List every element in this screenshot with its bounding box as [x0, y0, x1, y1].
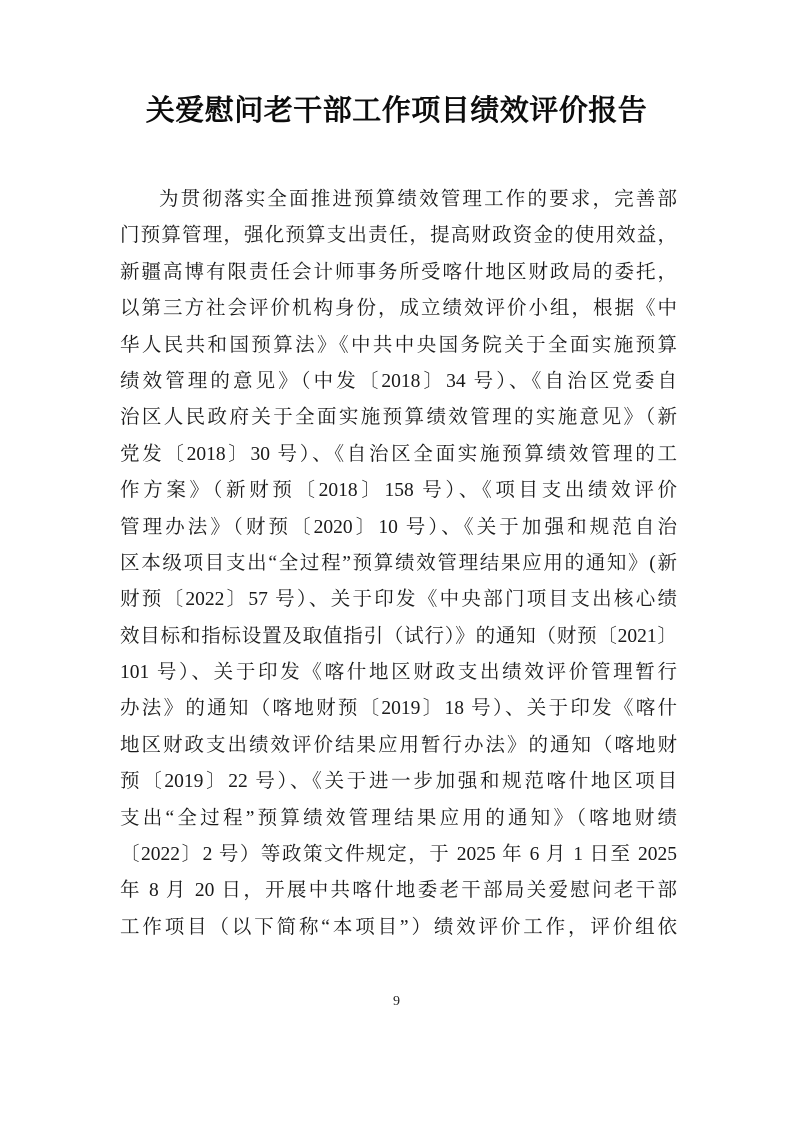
paragraph-line: 绩效管理的意见》（中发〔2018〕34 号）、《自治区党委自	[120, 364, 677, 400]
paragraph-line: 党发〔2018〕30 号）、《自治区全面实施预算绩效管理的工	[120, 437, 677, 473]
paragraph-line: 管理办法》（财预〔2020〕10 号）、《关于加强和规范自治	[120, 510, 677, 546]
paragraph-line: 地区财政支出绩效评价结果应用暂行办法》的通知（喀地财	[120, 728, 677, 764]
page-title: 关爱慰问老干部工作项目绩效评价报告	[0, 88, 793, 129]
paragraph-line: 101 号）、关于印发《喀什地区财政支出绩效评价管理暂行	[120, 655, 677, 691]
paragraph-line: 新疆高博有限责任会计师事务所受喀什地区财政局的委托，	[120, 255, 677, 291]
paragraph-line: 效目标和指标设置及取值指引（试行）》的通知（财预〔2021〕	[120, 619, 677, 655]
paragraph-line: 支出“全过程”预算绩效管理结果应用的通知》（喀地财绩	[120, 801, 677, 837]
paragraph-line: 工作项目（以下简称“本项目”）绩效评价工作，评价组依	[120, 910, 677, 946]
paragraph-line: 办法》的通知（喀地财预〔2019〕18 号）、关于印发《喀什	[120, 691, 677, 727]
page-number: 9	[0, 994, 793, 1010]
paragraph-line: 预〔2019〕22 号）、《关于进一步加强和规范喀什地区项目	[120, 764, 677, 800]
paragraph-line: 门预算管理，强化预算支出责任，提高财政资金的使用效益，	[120, 218, 677, 254]
body-paragraph: 为贯彻落实全面推进预算绩效管理工作的要求，完善部 门预算管理，强化预算支出责任，…	[120, 182, 677, 946]
paragraph-line: 华人民共和国预算法》《中共中央国务院关于全面实施预算	[120, 328, 677, 364]
paragraph-line: 年 8 月 20 日，开展中共喀什地委老干部局关爱慰问老干部	[120, 873, 677, 909]
paragraph-line: 为贯彻落实全面推进预算绩效管理工作的要求，完善部	[120, 182, 677, 218]
paragraph-line: 以第三方社会评价机构身份，成立绩效评价小组，根据《中	[120, 291, 677, 327]
paragraph-line: 作方案》（新财预〔2018〕158 号）、《项目支出绩效评价	[120, 473, 677, 509]
paragraph-line: 区本级项目支出“全过程”预算绩效管理结果应用的通知》(新	[120, 546, 677, 582]
paragraph-line: 〔2022〕2 号）等政策文件规定，于 2025 年 6 月 1 日至 2025	[120, 837, 677, 873]
document-page: 关爱慰问老干部工作项目绩效评价报告 为贯彻落实全面推进预算绩效管理工作的要求，完…	[0, 0, 793, 1122]
paragraph-line: 财预〔2022〕57 号）、关于印发《中央部门项目支出核心绩	[120, 582, 677, 618]
paragraph-line: 治区人民政府关于全面实施预算绩效管理的实施意见》（新	[120, 400, 677, 436]
